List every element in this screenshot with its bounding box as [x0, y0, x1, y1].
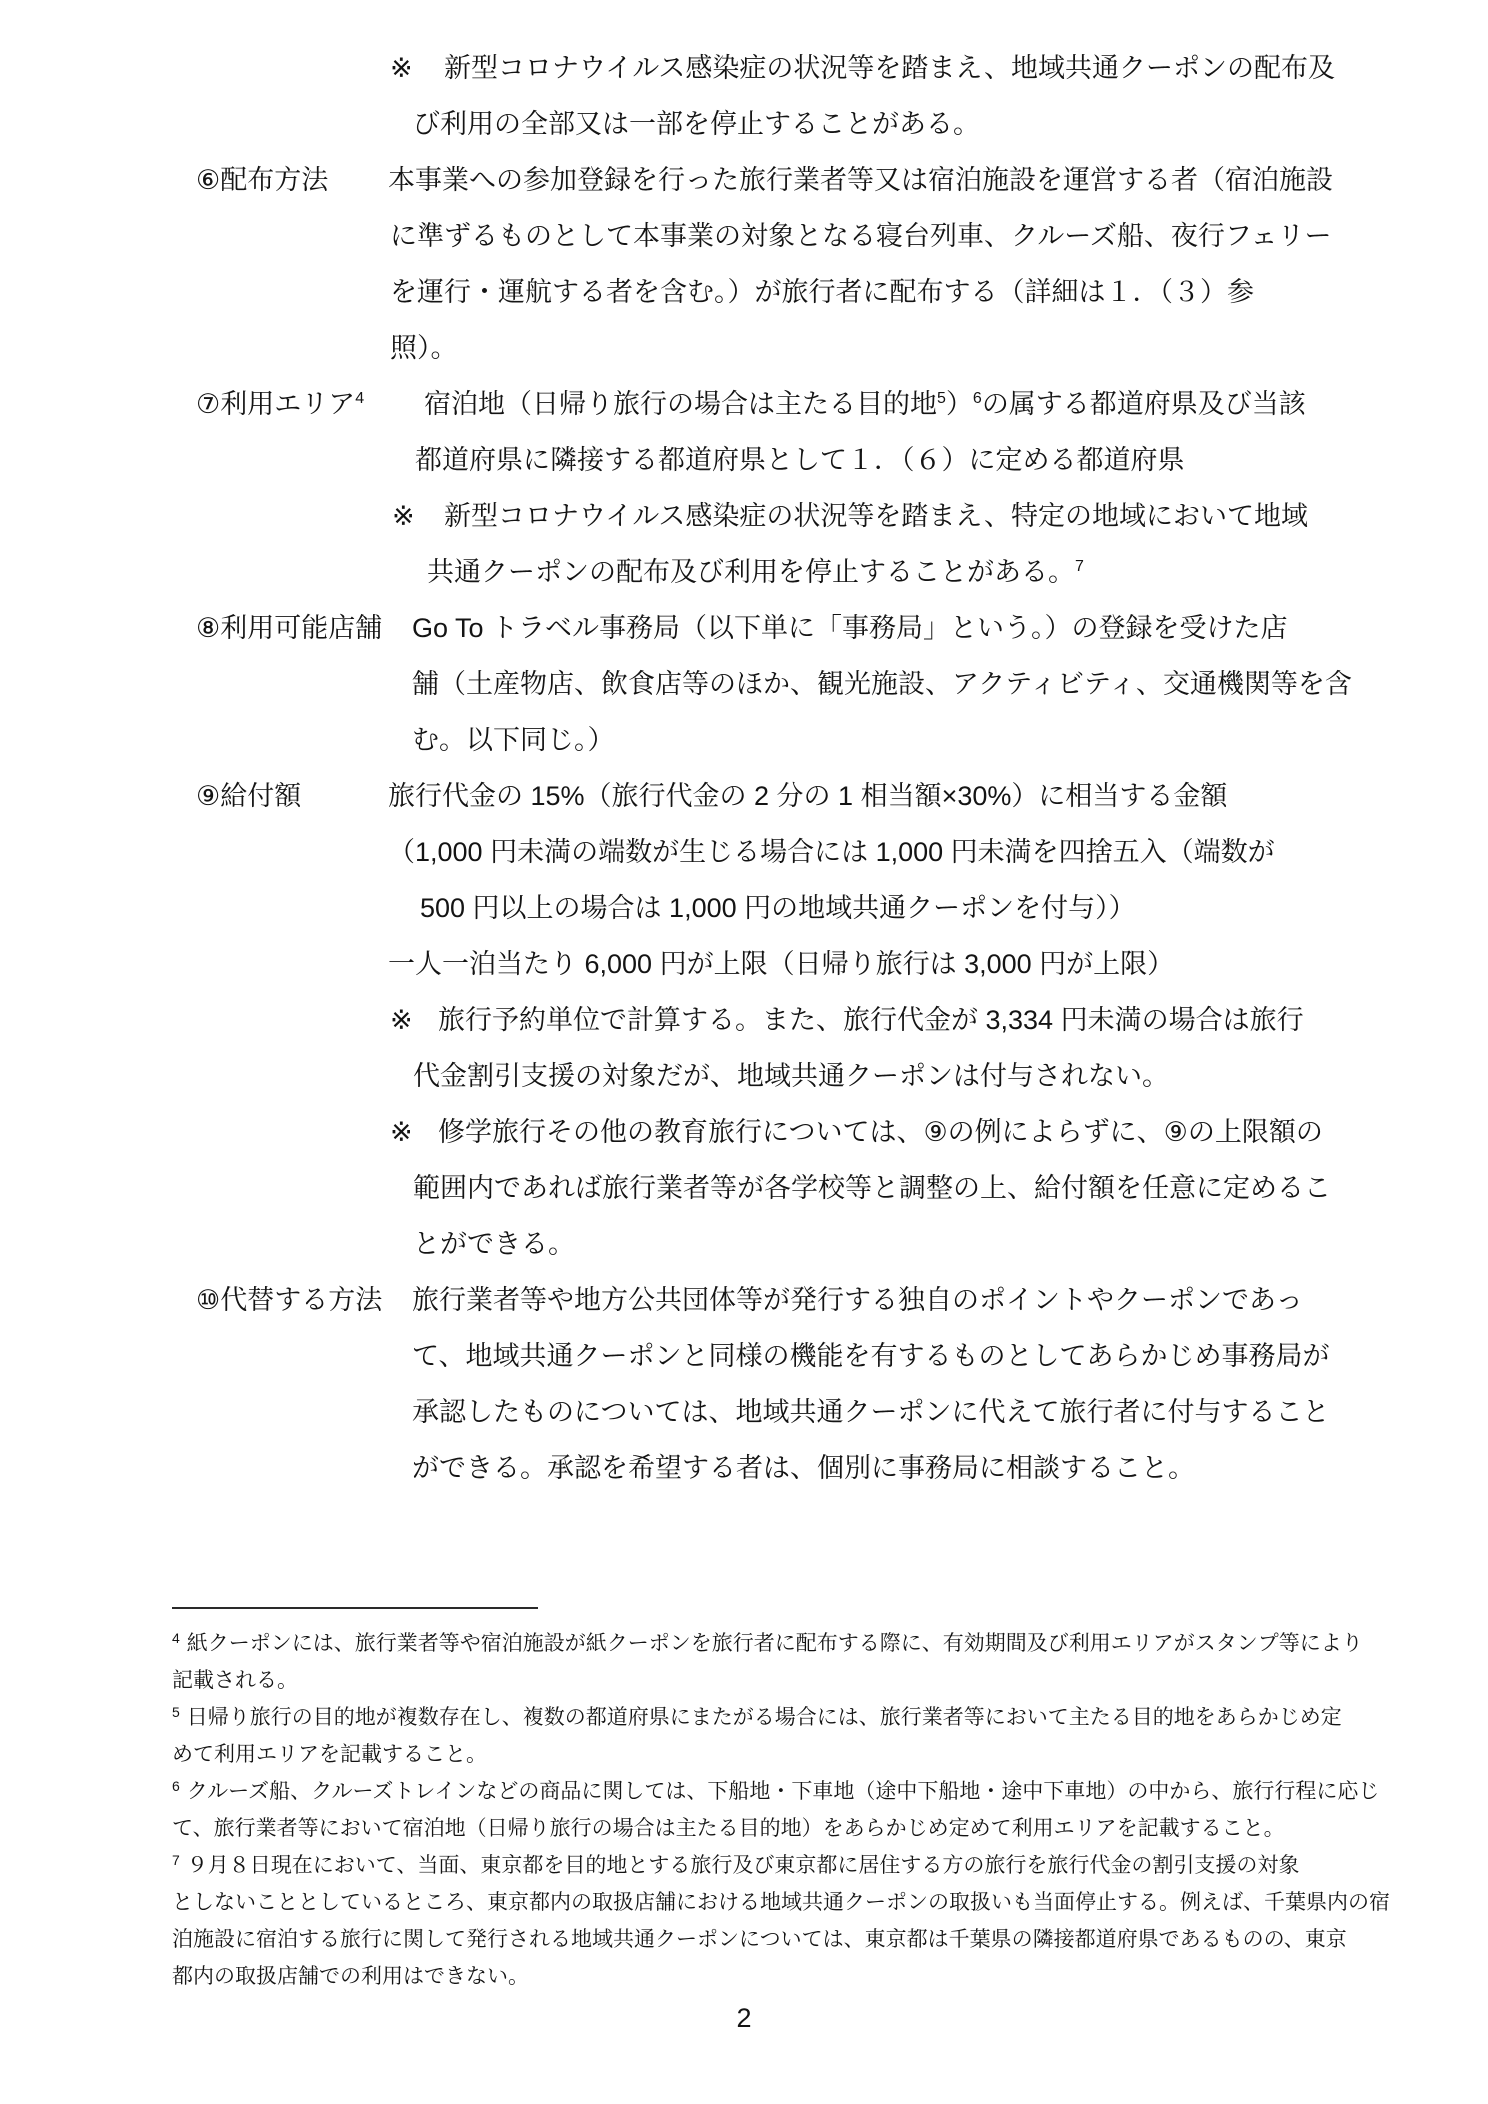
text-line: （1,000 円未満の端数が生じる場合には 1,000 円未満を四捨五入（端数が	[0, 824, 1488, 880]
note-text: とができる。	[413, 1216, 575, 1272]
footnote-text: 日帰り旅行の目的地が複数存在し、複数の都道府県にまたがる場合には、旅行業者等にお…	[187, 1706, 1342, 1729]
note-text: 範囲内であれば旅行業者等が各学校等と調整の上、給付額を任意に定めるこ	[413, 1160, 1331, 1216]
footnote-marker: 4	[172, 1630, 180, 1646]
item-text: 一人一泊当たり 6,000 円が上限（日帰り旅行は 3,000 円が上限）	[388, 936, 1174, 992]
item-text: を運行・運航する者を含む。）が旅行者に配布する（詳細は１．（３）参	[390, 264, 1254, 320]
footnote-text: としないこととしているところ、東京都内の取扱店舗における地域共通クーポンの取扱い…	[172, 1891, 1390, 1914]
text-line: ※ 新型コロナウイルス感染症の状況等を踏まえ、地域共通クーポンの配布及	[0, 40, 1488, 96]
note-text: 共通クーポンの配布及び利用を停止することがある。7	[427, 544, 1084, 605]
footnote-ref: 4	[355, 390, 364, 407]
footnote-line: 7９月８日現在において、当面、東京都を目的地とする旅行及び東京都に居住する方の旅…	[172, 1847, 1299, 1884]
page-number: 2	[0, 1992, 1488, 2044]
note-marker: ※	[390, 40, 413, 96]
text-line: 承認したものについては、地域共通クーポンに代えて旅行者に付与すること	[0, 1384, 1488, 1440]
footnote-line: としないこととしているところ、東京都内の取扱店舗における地域共通クーポンの取扱い…	[172, 1884, 1390, 1921]
text-line: 舗（土産物店、飲食店等のほか、観光施設、アクティビティ、交通機関等を含	[0, 656, 1488, 712]
text-line: 範囲内であれば旅行業者等が各学校等と調整の上、給付額を任意に定めるこ	[0, 1160, 1488, 1216]
footnote-ref: 7	[1075, 558, 1084, 575]
footnote-text: て、旅行業者等において宿泊地（日帰り旅行の場合は主たる目的地）をあらかじめ定めて…	[172, 1817, 1285, 1840]
item-label-text: ⑦利用エリア	[196, 389, 355, 419]
item-text: 本事業への参加登録を行った旅行業者等又は宿泊施設を運営する者（宿泊施設	[388, 152, 1333, 208]
item-text: Go To トラベル事務局（以下単に「事務局」という。）の登録を受けた店	[412, 600, 1288, 656]
note-text: び利用の全部又は一部を停止することがある。	[413, 96, 980, 152]
item-label: ⑩代替する方法	[196, 1272, 382, 1328]
document-page: ※ 新型コロナウイルス感染症の状況等を踏まえ、地域共通クーポンの配布及 び利用の…	[0, 0, 1488, 2104]
footnote-line: 泊施設に宿泊する旅行に関して発行される地域共通クーポンについては、東京都は千葉県…	[172, 1921, 1347, 1958]
item-text: （1,000 円未満の端数が生じる場合には 1,000 円未満を四捨五入（端数が	[388, 824, 1275, 880]
item-label: ⑧利用可能店舗	[196, 600, 382, 656]
text-line: ※ 修学旅行その他の教育旅行については、⑨の例によらずに、⑨の上限額の	[0, 1104, 1488, 1160]
item-text: 舗（土産物店、飲食店等のほか、観光施設、アクティビティ、交通機関等を含	[412, 656, 1352, 712]
text-line: を運行・運航する者を含む。）が旅行者に配布する（詳細は１．（３）参	[0, 264, 1488, 320]
text-line: 共通クーポンの配布及び利用を停止することがある。7	[0, 544, 1488, 600]
footnote-line: 記載される。	[172, 1662, 298, 1699]
item-text: ができる。承認を希望する者は、個別に事務局に相談すること。	[412, 1440, 1195, 1496]
item-text: む。以下同じ。）	[412, 712, 615, 768]
text-line: ※ 新型コロナウイルス感染症の状況等を踏まえ、特定の地域において地域	[0, 488, 1488, 544]
item-text: 旅行業者等や地方公共団体等が発行する独自のポイントやクーポンであっ	[412, 1272, 1303, 1328]
item-text: 都道府県に隣接する都道府県として１．（６）に定める都道府県	[415, 432, 1185, 488]
footnote-marker: 5	[172, 1704, 180, 1720]
text-line: ⑩代替する方法 旅行業者等や地方公共団体等が発行する独自のポイントやクーポンであ…	[0, 1272, 1488, 1328]
footnote-line: 4紙クーポンには、旅行業者等や宿泊施設が紙クーポンを旅行者に配布する際に、有効期…	[172, 1625, 1363, 1662]
text-line: 一人一泊当たり 6,000 円が上限（日帰り旅行は 3,000 円が上限）	[0, 936, 1488, 992]
footnote-line: 6クルーズ船、クルーズトレインなどの商品に関しては、下船地・下車地（途中下船地・…	[172, 1773, 1379, 1810]
text-line: 照）。	[0, 320, 1488, 376]
footnote-line: 都内の取扱店舗での利用はできない。	[172, 1958, 529, 1995]
item-text: 旅行代金の 15%（旅行代金の 2 分の 1 相当額×30%）に相当する金額	[388, 768, 1227, 824]
footnote-line: 5日帰り旅行の目的地が複数存在し、複数の都道府県にまたがる場合には、旅行業者等に…	[172, 1699, 1342, 1736]
item-text-segment: の属する都道府県及び当該	[982, 389, 1306, 419]
footnote-ref: 5	[937, 390, 946, 407]
footnote-text: ９月８日現在において、当面、東京都を目的地とする旅行及び東京都に居住する方の旅行…	[187, 1854, 1300, 1877]
text-line: ができる。承認を希望する者は、個別に事務局に相談すること。	[0, 1440, 1488, 1496]
footnote-line: めて利用エリアを記載すること。	[172, 1736, 487, 1773]
footnote-text: 泊施設に宿泊する旅行に関して発行される地域共通クーポンについては、東京都は千葉県…	[172, 1928, 1347, 1951]
footnote-line: て、旅行業者等において宿泊地（日帰り旅行の場合は主たる目的地）をあらかじめ定めて…	[172, 1810, 1285, 1847]
item-label: ⑦利用エリア4	[196, 376, 364, 437]
text-line: む。以下同じ。）	[0, 712, 1488, 768]
text-line: とができる。	[0, 1216, 1488, 1272]
footnote-text: 都内の取扱店舗での利用はできない。	[172, 1965, 529, 1988]
note-text: 修学旅行その他の教育旅行については、⑨の例によらずに、⑨の上限額の	[438, 1104, 1323, 1160]
text-line: ⑧利用可能店舗 Go To トラベル事務局（以下単に「事務局」という。）の登録を…	[0, 600, 1488, 656]
text-line: に準ずるものとして本事業の対象となる寝台列車、クルーズ船、夜行フェリー	[0, 208, 1488, 264]
note-text-segment: 共通クーポンの配布及び利用を停止することがある。	[427, 557, 1075, 587]
note-text: 新型コロナウイルス感染症の状況等を踏まえ、特定の地域において地域	[444, 488, 1308, 544]
footnote-marker: 6	[172, 1778, 180, 1794]
note-marker: ※	[390, 992, 413, 1048]
text-line: び利用の全部又は一部を停止することがある。	[0, 96, 1488, 152]
text-line: ⑦利用エリア4 宿泊地（日帰り旅行の場合は主たる目的地5）6の属する都道府県及び…	[0, 376, 1488, 432]
footnote-marker: 7	[172, 1852, 180, 1868]
footnote-text: めて利用エリアを記載すること。	[172, 1743, 487, 1766]
text-line: 都道府県に隣接する都道府県として１．（６）に定める都道府県	[0, 432, 1488, 488]
item-text: 承認したものについては、地域共通クーポンに代えて旅行者に付与すること	[412, 1384, 1329, 1440]
text-line: て、地域共通クーポンと同様の機能を有するものとしてあらかじめ事務局が	[0, 1328, 1488, 1384]
item-text: 500 円以上の場合は 1,000 円の地域共通クーポンを付与））	[420, 880, 1136, 936]
text-line: ⑥配布方法 本事業への参加登録を行った旅行業者等又は宿泊施設を運営する者（宿泊施…	[0, 152, 1488, 208]
note-text: 代金割引支援の対象だが、地域共通クーポンは付与されない。	[413, 1048, 1169, 1104]
item-label: ⑨給付額	[196, 768, 301, 824]
note-marker: ※	[390, 1104, 413, 1160]
item-text-segment: ）	[946, 389, 973, 419]
item-text: 照）。	[390, 320, 458, 376]
text-line: 500 円以上の場合は 1,000 円の地域共通クーポンを付与））	[0, 880, 1488, 936]
item-text: に準ずるものとして本事業の対象となる寝台列車、クルーズ船、夜行フェリー	[390, 208, 1332, 264]
footnote-text: 記載される。	[172, 1669, 298, 1692]
text-line: 代金割引支援の対象だが、地域共通クーポンは付与されない。	[0, 1048, 1488, 1104]
text-line: ※ 旅行予約単位で計算する。また、旅行代金が 3,334 円未満の場合は旅行	[0, 992, 1488, 1048]
item-text-segment: 宿泊地（日帰り旅行の場合は主たる目的地	[424, 389, 937, 419]
text-line: ⑨給付額 旅行代金の 15%（旅行代金の 2 分の 1 相当額×30%）に相当す…	[0, 768, 1488, 824]
item-text: 宿泊地（日帰り旅行の場合は主たる目的地5）6の属する都道府県及び当該	[424, 376, 1306, 437]
note-text: 旅行予約単位で計算する。また、旅行代金が 3,334 円未満の場合は旅行	[438, 992, 1304, 1048]
footnote-ref: 6	[973, 390, 982, 407]
item-text: て、地域共通クーポンと同様の機能を有するものとしてあらかじめ事務局が	[412, 1328, 1329, 1384]
footnote-text: クルーズ船、クルーズトレインなどの商品に関しては、下船地・下車地（途中下船地・途…	[187, 1780, 1380, 1803]
footnote-text: 紙クーポンには、旅行業者等や宿泊施設が紙クーポンを旅行者に配布する際に、有効期間…	[187, 1632, 1363, 1655]
note-text: 新型コロナウイルス感染症の状況等を踏まえ、地域共通クーポンの配布及	[444, 40, 1335, 96]
note-marker: ※	[392, 488, 415, 544]
item-label: ⑥配布方法	[196, 152, 328, 208]
footnote-separator	[172, 1607, 538, 1609]
